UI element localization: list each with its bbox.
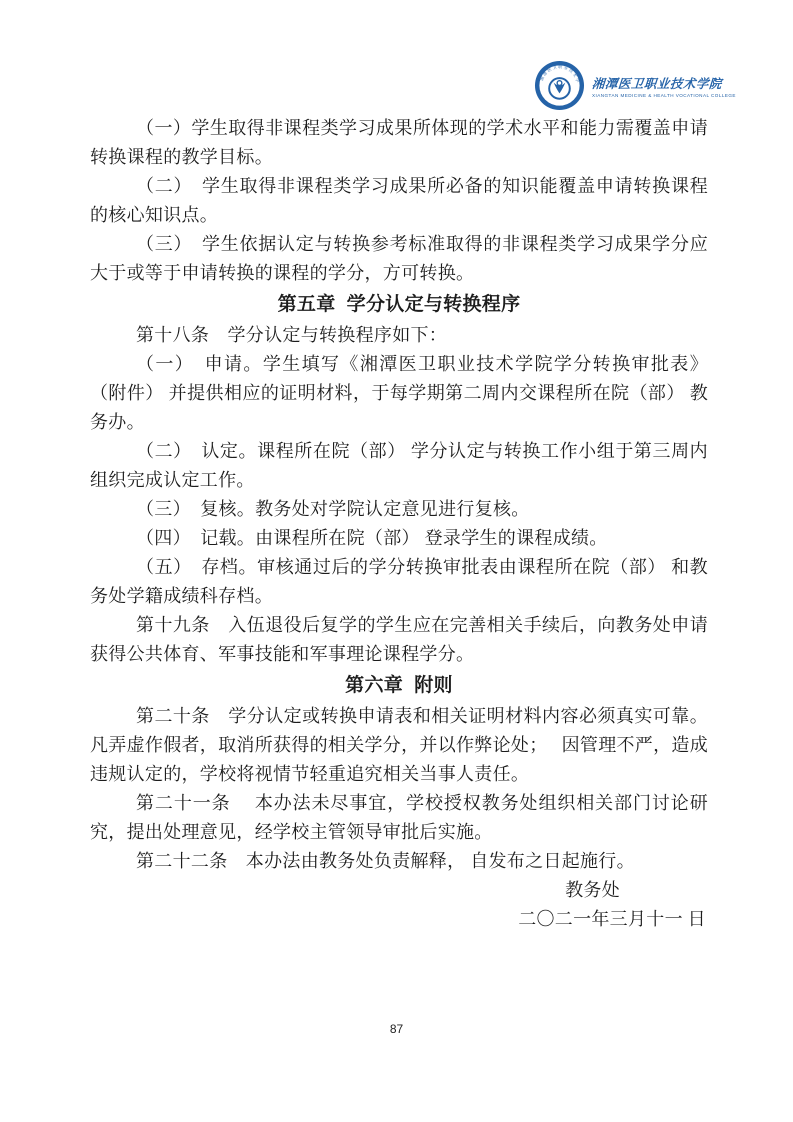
body-paragraph: （四） 记载。由课程所在院（部） 登录学生的课程成绩。 bbox=[90, 524, 708, 553]
chapter-heading: 第六章 附则 bbox=[90, 671, 708, 700]
college-logo: 湘潭医卫职业技术学院 湘潭医卫职业技术学院 XIANGTAN MEDICINE … bbox=[534, 60, 714, 111]
body-paragraph: 第十九条 入伍退役后复学的学生应在完善相关手续后，向教务处申请获得公共体育、军事… bbox=[90, 611, 708, 669]
college-name-en: XIANGTAN MEDICINE & HEALTH VOCATIONAL CO… bbox=[592, 93, 736, 98]
document-page: 湘潭医卫职业技术学院 湘潭医卫职业技术学院 XIANGTAN MEDICINE … bbox=[0, 0, 793, 1122]
body-paragraph: 第二十二条 本办法由教务处负责解释， 自发布之日起施行。 bbox=[90, 847, 708, 876]
body-paragraph: 第二十一条 本办法未尽事宜，学校授权教务处组织相关部门讨论研究，提出处理意见，经… bbox=[90, 789, 708, 847]
body-paragraph: （三） 学生依据认定与转换参考标准取得的非课程类学习成果学分应大于或等于申请转换… bbox=[90, 230, 708, 288]
body-paragraph: （二） 学生取得非课程类学习成果所必备的知识能覆盖申请转换课程的核心知识点。 bbox=[90, 172, 708, 230]
college-emblem-icon: 湘潭医卫职业技术学院 bbox=[534, 60, 585, 111]
body-paragraph: （五） 存档。审核通过后的学分转换审批表由课程所在院（部） 和教务处学籍成绩科存… bbox=[90, 553, 708, 611]
body-paragraph: （三） 复核。教务处对学院认定意见进行复核。 bbox=[90, 495, 708, 524]
body-paragraph: 第十八条 学分认定与转换程序如下： bbox=[90, 321, 708, 350]
signature-line: 教务处 bbox=[90, 876, 708, 905]
date-line: 二〇二一年三月十一 日 bbox=[90, 905, 708, 934]
body-paragraph: （一）学生取得非课程类学习成果所体现的学术水平和能力需覆盖申请转换课程的教学目标… bbox=[90, 114, 708, 172]
page-number: 87 bbox=[0, 1022, 793, 1036]
body-paragraph: 第二十条 学分认定或转换申请表和相关证明材料内容必须真实可靠。凡弄虚作假者，取消… bbox=[90, 702, 708, 789]
document-content: （一）学生取得非课程类学习成果所体现的学术水平和能力需覆盖申请转换课程的教学目标… bbox=[90, 114, 708, 934]
body-paragraph: （一） 申请。学生填写《湘潭医卫职业技术学院学分转换审批表》 （附件） 并提供相… bbox=[90, 350, 708, 437]
body-paragraph: （二） 认定。课程所在院（部） 学分认定与转换工作小组于第三周内组织完成认定工作… bbox=[90, 437, 708, 495]
college-name-zh: 湘潭医卫职业技术学院 bbox=[591, 74, 736, 92]
chapter-heading: 第五章 学分认定与转换程序 bbox=[90, 290, 708, 319]
